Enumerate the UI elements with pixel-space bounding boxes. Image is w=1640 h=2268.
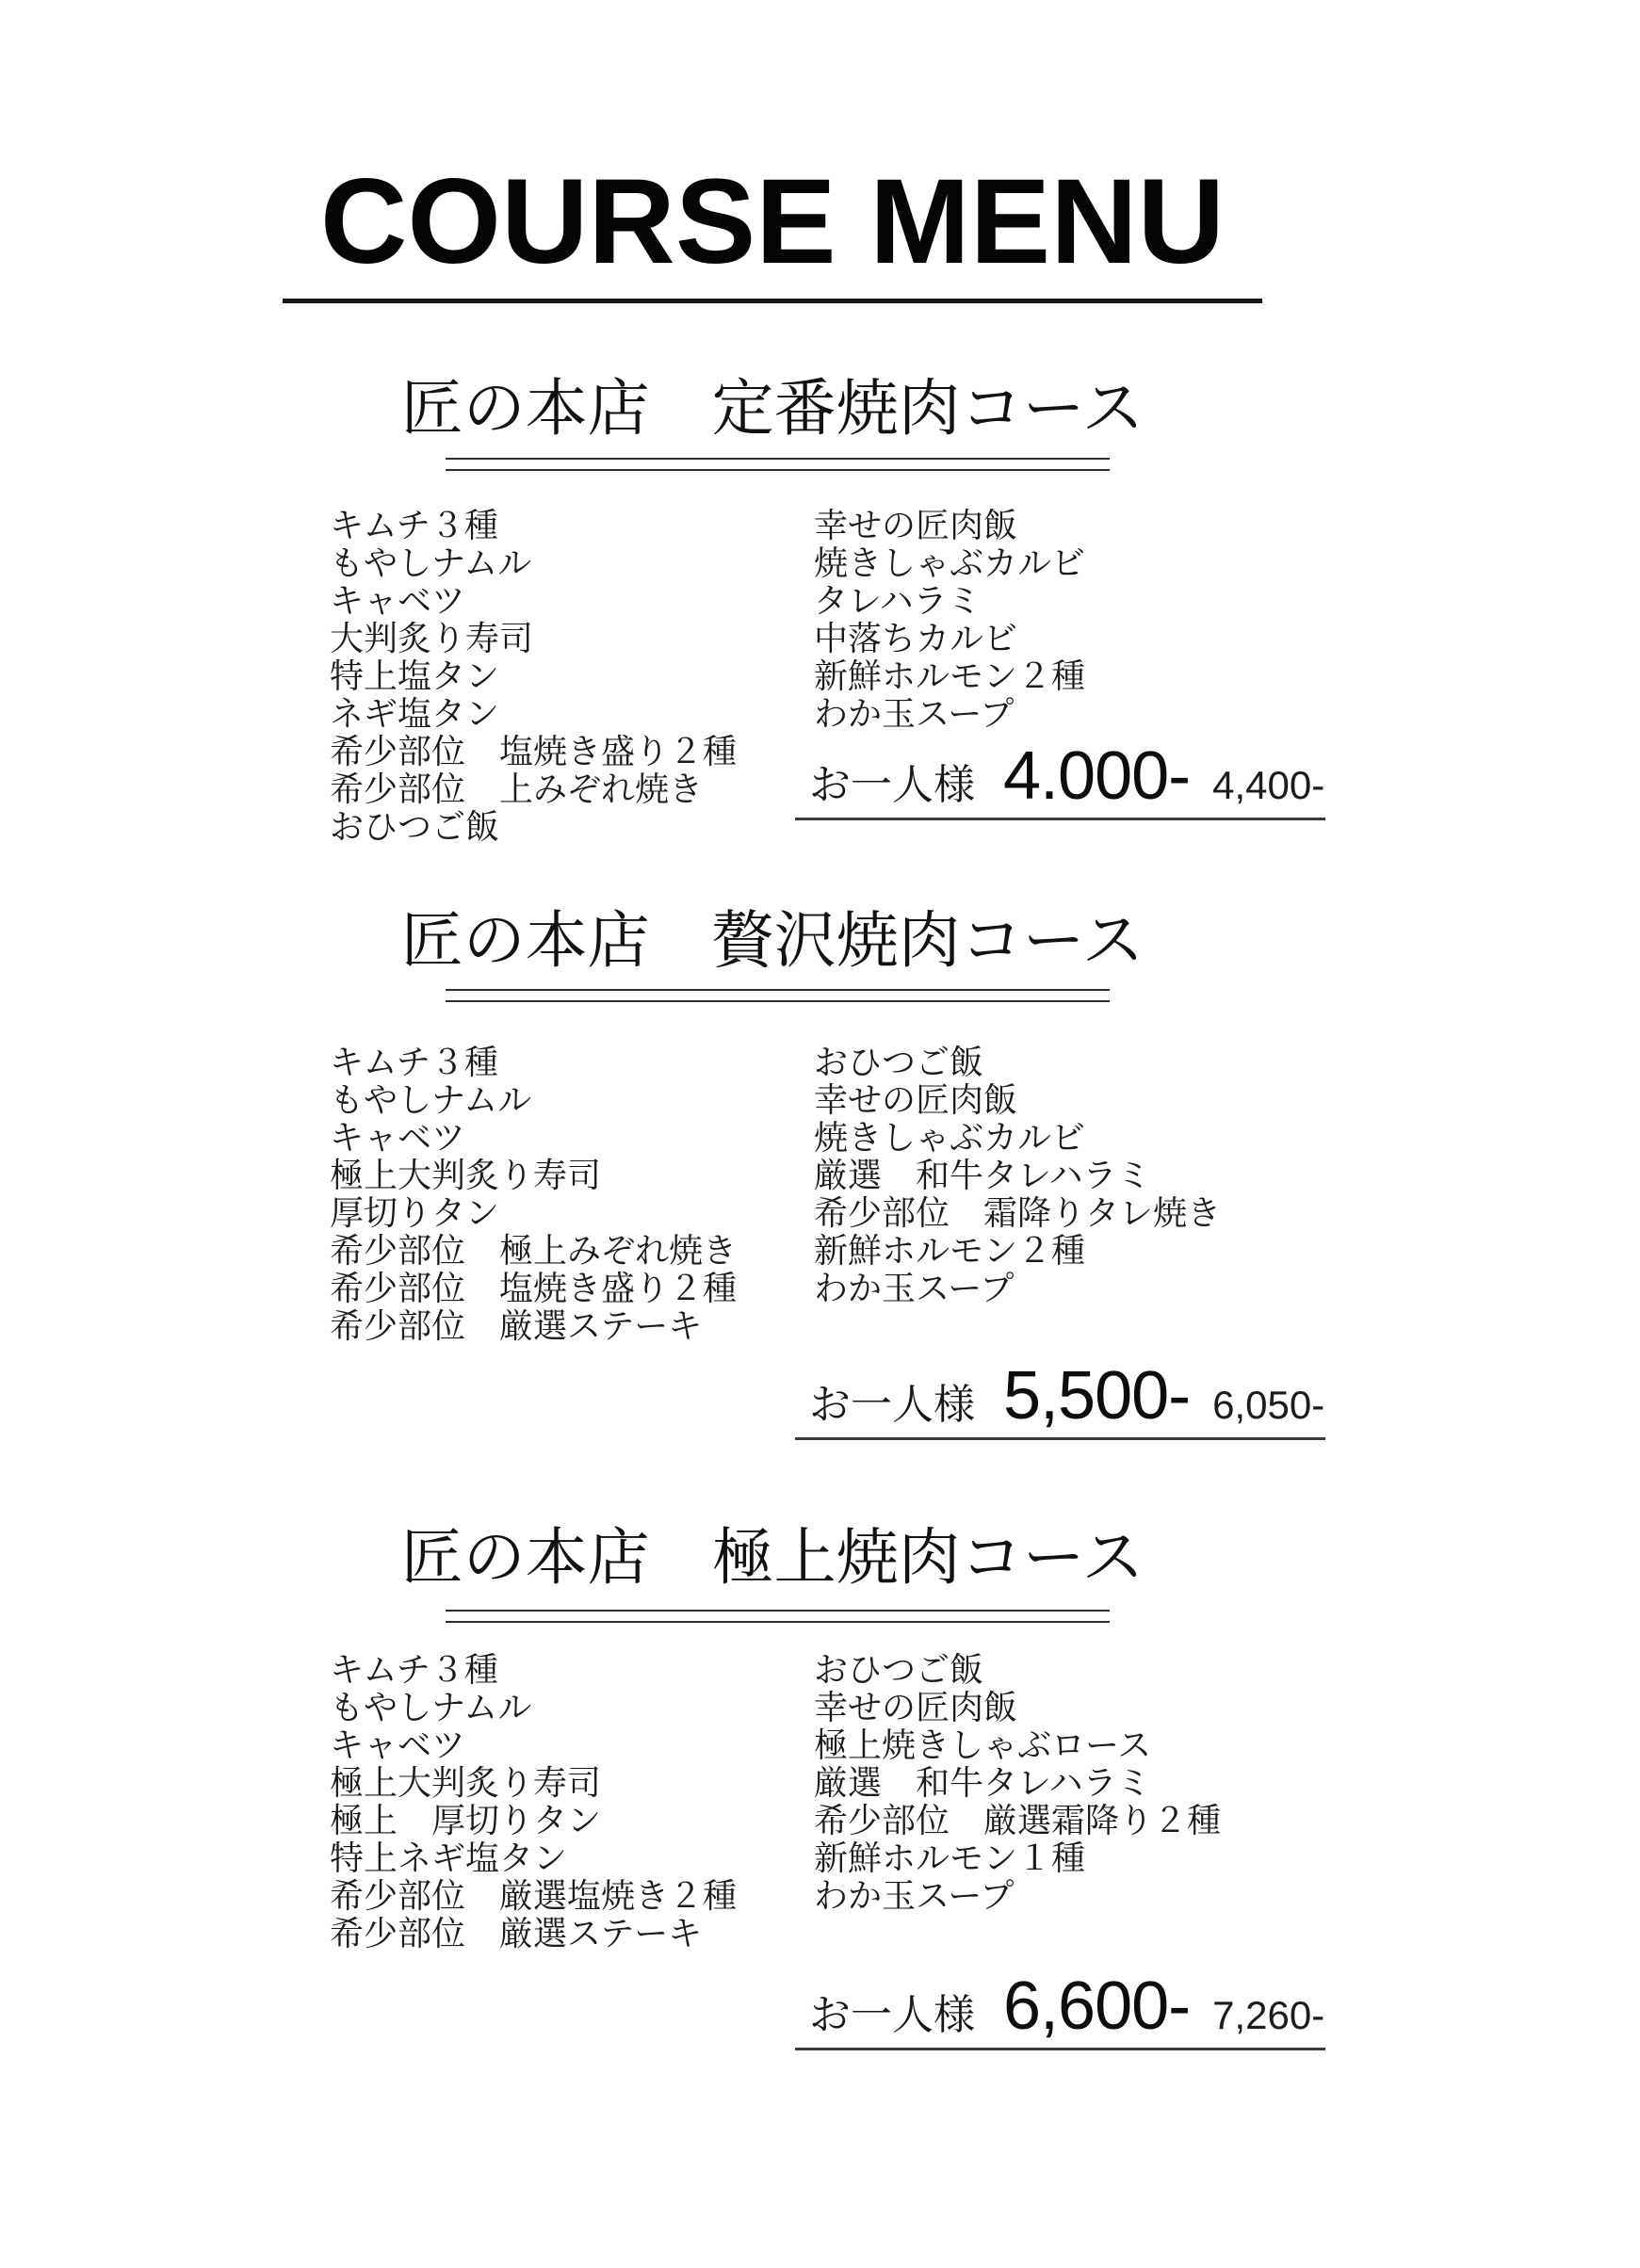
menu-item: もやしナムル — [330, 1081, 737, 1119]
course-2-items-left: キムチ３種もやしナムルキャベツ極上大判炙り寿司厚切りタン希少部位 極上みぞれ焼き… — [330, 1044, 737, 1345]
course-1-price-small: 4,400- — [1212, 766, 1324, 805]
menu-item: わか玉スープ — [814, 1270, 1221, 1307]
menu-item: おひつご飯 — [330, 808, 737, 846]
course-1-heading: 匠の本店 定番焼肉コース — [396, 379, 1149, 441]
menu-item: 新鮮ホルモン２種 — [814, 1232, 1221, 1270]
menu-item: キャベツ — [330, 1119, 737, 1157]
course-3-items-left: キムチ３種もやしナムルキャベツ極上大判炙り寿司極上 厚切りタン特上ネギ塩タン希少… — [330, 1651, 737, 1952]
menu-item: 希少部位 塩焼き盛り２種 — [330, 1270, 737, 1307]
menu-item: キャベツ — [330, 1726, 737, 1764]
course-3-price-main: 6,600- — [1003, 1972, 1190, 2040]
menu-item: キャベツ — [330, 582, 737, 620]
menu-item: キムチ３種 — [330, 1044, 737, 1081]
menu-item: 特上塩タン — [330, 657, 737, 695]
course-3-price-row: お一人様 6,600- 7,260- — [795, 1972, 1325, 2050]
menu-item: 中落ちカルビ — [814, 620, 1085, 657]
menu-item: 極上大判炙り寿司 — [330, 1157, 737, 1194]
course-3-heading-rule — [446, 1610, 1110, 1623]
course-2-price-label: お一人様 — [809, 1385, 975, 1426]
course-1-items-right: 幸せの匠肉飯焼きしゃぶカルビタレハラミ中落ちカルビ新鮮ホルモン２種わか玉スープ — [814, 507, 1085, 733]
menu-title: COURSE MENU — [283, 151, 1262, 293]
course-2-price-main: 5,500- — [1003, 1362, 1190, 1430]
menu-item: 幸せの匠肉飯 — [814, 1081, 1221, 1119]
menu-item: ネギ塩タン — [330, 695, 737, 733]
course-1-heading-rule — [446, 458, 1110, 471]
menu-item: 希少部位 厳選ステーキ — [330, 1915, 737, 1952]
menu-item: 焼きしゃぶカルビ — [814, 544, 1085, 582]
menu-item: もやしナムル — [330, 544, 737, 582]
course-2-heading-rule — [446, 989, 1110, 1002]
course-1-price-row: お一人様 4.000- 4,400- — [795, 742, 1325, 820]
menu-item: わか玉スープ — [814, 695, 1085, 733]
menu-item: 新鮮ホルモン２種 — [814, 657, 1085, 695]
course-3-items-right: おひつご飯幸せの匠肉飯極上焼きしゃぶロース厳選 和牛タレハラミ希少部位 厳選霜降… — [814, 1651, 1221, 1915]
course-1-price-main: 4.000- — [1003, 742, 1190, 810]
menu-title-block: COURSE MENU — [283, 151, 1262, 303]
menu-item: 極上 厚切りタン — [330, 1802, 737, 1839]
menu-item: 焼きしゃぶカルビ — [814, 1119, 1221, 1157]
course-2-price-row: お一人様 5,500- 6,050- — [795, 1362, 1325, 1440]
menu-item: おひつご飯 — [814, 1651, 1221, 1689]
course-1-price-label: お一人様 — [809, 765, 975, 806]
course-3-price-label: お一人様 — [809, 1995, 975, 2036]
menu-item: 幸せの匠肉飯 — [814, 507, 1085, 544]
course-menu-page: { "title": "COURSE MENU", "sections": [ … — [0, 0, 1640, 2268]
menu-item: 厳選 和牛タレハラミ — [814, 1157, 1221, 1194]
menu-item: 新鮮ホルモン１種 — [814, 1839, 1221, 1877]
menu-item: キムチ３種 — [330, 1651, 737, 1689]
menu-item: 希少部位 塩焼き盛り２種 — [330, 733, 737, 770]
menu-item: 希少部位 厳選ステーキ — [330, 1307, 737, 1345]
menu-item: 希少部位 厳選塩焼き２種 — [330, 1877, 737, 1915]
course-3-price-small: 7,260- — [1212, 1996, 1324, 2035]
menu-item: わか玉スープ — [814, 1877, 1221, 1915]
menu-item: 厳選 和牛タレハラミ — [814, 1764, 1221, 1802]
menu-item: 極上大判炙り寿司 — [330, 1764, 737, 1802]
menu-item: タレハラミ — [814, 582, 1085, 620]
menu-item: 希少部位 上みぞれ焼き — [330, 770, 737, 808]
menu-item: 極上焼きしゃぶロース — [814, 1726, 1221, 1764]
menu-item: 幸せの匠肉飯 — [814, 1689, 1221, 1726]
course-2-price-small: 6,050- — [1212, 1385, 1324, 1425]
menu-item: おひつご飯 — [814, 1044, 1221, 1081]
menu-item: もやしナムル — [330, 1689, 737, 1726]
menu-item: 厚切りタン — [330, 1194, 737, 1232]
menu-item: 希少部位 厳選霜降り２種 — [814, 1802, 1221, 1839]
menu-item: キムチ３種 — [330, 507, 737, 544]
course-1-items-left: キムチ３種もやしナムルキャベツ大判炙り寿司特上塩タンネギ塩タン希少部位 塩焼き盛… — [330, 507, 737, 846]
menu-item: 大判炙り寿司 — [330, 620, 737, 657]
course-2-items-right: おひつご飯幸せの匠肉飯焼きしゃぶカルビ厳選 和牛タレハラミ希少部位 霜降りタレ焼… — [814, 1044, 1221, 1307]
menu-item: 希少部位 極上みぞれ焼き — [330, 1232, 737, 1270]
course-2-heading: 匠の本店 贅沢焼肉コース — [396, 911, 1149, 973]
course-3-heading: 匠の本店 極上焼肉コース — [396, 1528, 1149, 1590]
menu-item: 特上ネギ塩タン — [330, 1839, 737, 1877]
menu-item: 希少部位 霜降りタレ焼き — [814, 1194, 1221, 1232]
